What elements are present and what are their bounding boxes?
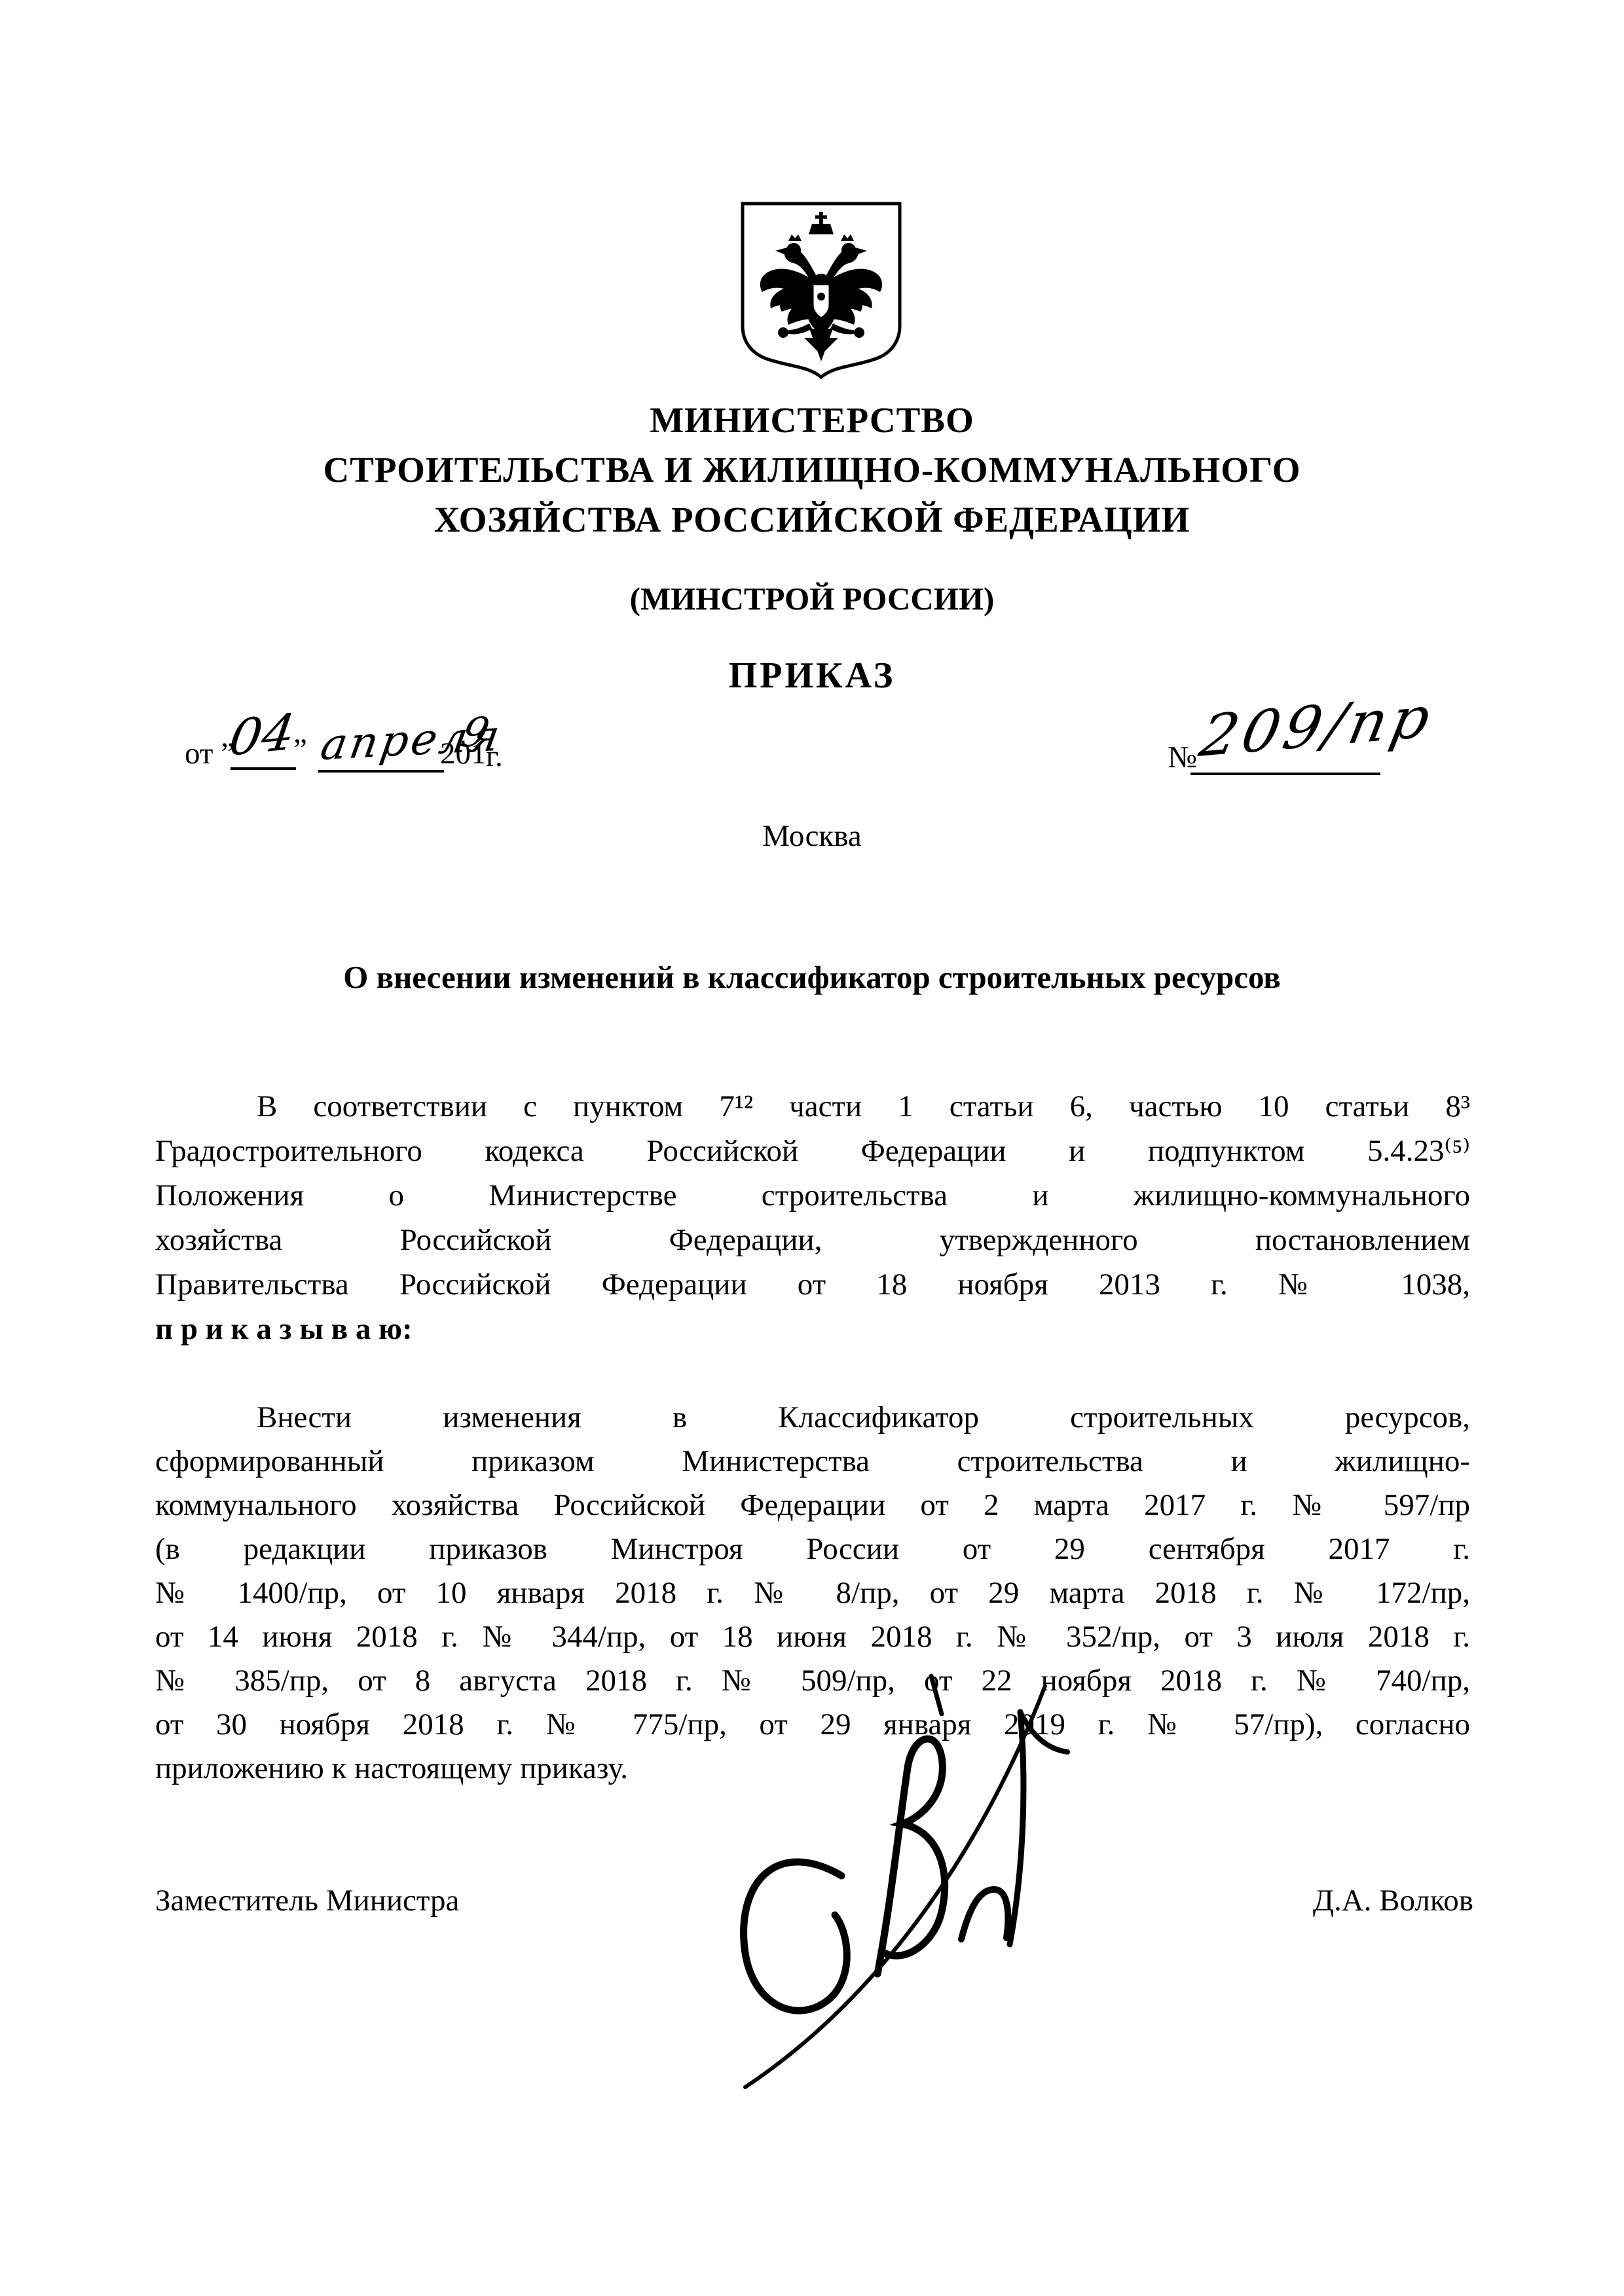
signatory-name: Д.А. Волков <box>1238 1883 1473 1918</box>
ministry-short-name: (МИНСТРОЙ РОССИИ) <box>0 580 1624 617</box>
paragraph-line: В соответствии с пунктом 7¹² части 1 ста… <box>155 1084 1470 1129</box>
paragraph-line: Внести изменения в Классификатор строите… <box>155 1396 1470 1440</box>
paragraph-line: коммунального хозяйства Российской Федер… <box>155 1484 1470 1527</box>
paragraph-line: (в редакции приказов Минстроя России от … <box>155 1527 1470 1571</box>
number-underline <box>1190 773 1380 775</box>
ministry-name-line2: СТРОИТЕЛЬСТВА И ЖИЛИЩНО-КОММУНАЛЬНОГО <box>0 445 1624 495</box>
paragraph-line: сформированный приказом Министерства стр… <box>155 1440 1470 1484</box>
ministry-name-line3: ХОЗЯЙСТВА РОССИЙСКОЙ ФЕДЕРАЦИИ <box>0 495 1624 545</box>
handwritten-day: 04 <box>226 702 299 767</box>
paragraph-line: хозяйства Российской Федерации, утвержде… <box>155 1218 1470 1262</box>
handwritten-signature-icon <box>674 1650 1120 2115</box>
ministry-name-line1: МИНИСТЕРСТВО <box>0 395 1624 445</box>
paragraph-line: Градостроительного кодекса Российской Фе… <box>155 1129 1470 1173</box>
document-subject: О внесении изменений в классификатор стр… <box>0 958 1624 996</box>
number-sign: № <box>1168 740 1197 775</box>
paragraph-line: Правительства Российской Федерации от 18… <box>155 1262 1470 1307</box>
paragraph-line: Положения о Министерстве строительства и… <box>155 1173 1470 1218</box>
date-quote-close: ” <box>293 732 307 767</box>
month-underline <box>318 770 444 773</box>
paragraph-line: № 1400/пр, от 10 января 2018 г. № 8/пр, … <box>155 1571 1470 1615</box>
paragraph-legal-basis: В соответствии с пунктом 7¹² части 1 ста… <box>155 1084 1470 1351</box>
signatory-position: Заместитель Министра <box>155 1883 459 1918</box>
paragraph-line: п р и к а з ы в а ю: <box>155 1307 1470 1351</box>
place-label: Москва <box>0 818 1624 854</box>
day-underline <box>231 767 296 770</box>
ministry-name: МИНИСТЕРСТВО СТРОИТЕЛЬСТВА И ЖИЛИЩНО-КОМ… <box>0 395 1624 545</box>
document-page: МИНИСТЕРСТВО СТРОИТЕЛЬСТВА И ЖИЛИЩНО-КОМ… <box>0 0 1624 2296</box>
coat-of-arms-icon <box>736 200 906 381</box>
year-suffix: г. <box>486 738 503 774</box>
